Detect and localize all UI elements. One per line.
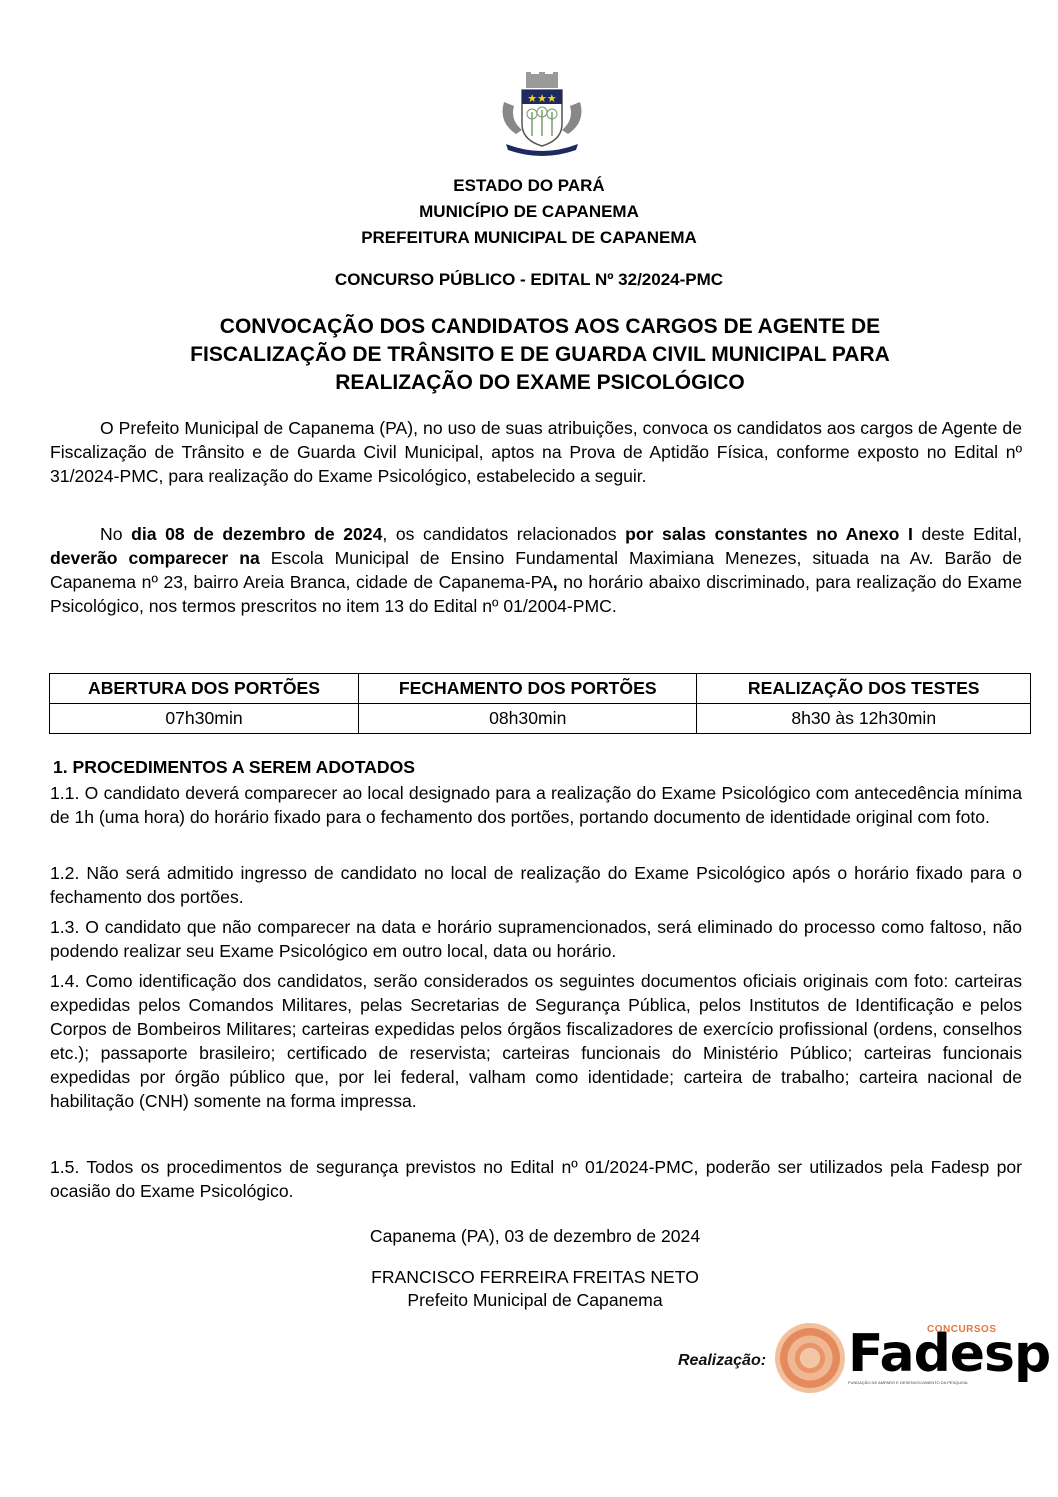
gates-open-time: 07h30min (50, 704, 359, 734)
place-date: Capanema (PA), 03 de dezembro de 2024 (0, 1225, 1058, 1247)
state-name: ESTADO DO PARÁ (0, 176, 1058, 196)
tests-time: 8h30 às 12h30min (697, 704, 1031, 734)
intro-text: O Prefeito Municipal de Capanema (PA), n… (50, 418, 1022, 486)
contest-edital: CONCURSO PÚBLICO - EDITAL Nº 32/2024-PMC (0, 270, 1058, 290)
table-header-row: ABERTURA DOS PORTÕES FECHAMENTO DOS PORT… (50, 674, 1031, 704)
svg-text:★★★: ★★★ (527, 93, 557, 105)
prefecture-name: PREFEITURA MUNICIPAL DE CAPANEMA (0, 228, 1058, 248)
procedures-heading: 1. PROCEDIMENTOS A SEREM ADOTADOS (53, 757, 415, 778)
fadesp-logo: Fadesp (848, 1328, 1050, 1380)
signatory-role: Prefeito Municipal de Capanema (0, 1289, 1058, 1311)
title-line: FISCALIZAÇÃO DE TRÂNSITO E DE GUARDA CIV… (100, 341, 980, 369)
text: , os candidatos relacionados (382, 524, 625, 544)
schedule-table: ABERTURA DOS PORTÕES FECHAMENTO DOS PORT… (49, 673, 1031, 734)
attendance-note: deverão comparecer na (50, 548, 260, 568)
exam-date: dia 08 de dezembro de 2024 (131, 524, 382, 544)
fadesp-tagline: CONCURSOS (927, 1324, 997, 1335)
municipality-name: MUNICÍPIO DE CAPANEMA (0, 202, 1058, 222)
fadesp-seal-icon (775, 1323, 845, 1393)
text: No (100, 524, 131, 544)
text: deste Edital, (913, 524, 1022, 544)
rooms-annex: por salas constantes no Anexo I (625, 524, 913, 544)
convocation-paragraph: No dia 08 de dezembro de 2024, os candid… (50, 522, 1022, 618)
realization-label: Realização: (678, 1352, 766, 1370)
procedure-item: 1.2. Não será admitido ingresso de candi… (50, 861, 1022, 909)
header-tests: REALIZAÇÃO DOS TESTES (697, 674, 1031, 704)
fadesp-subtitle: FUNDAÇÃO DE AMPARO E DESENVOLVIMENTO DA … (848, 1380, 1008, 1385)
procedure-item: 1.3. O candidato que não comparecer na d… (50, 915, 1022, 963)
table-row: 07h30min 08h30min 8h30 às 12h30min (50, 704, 1031, 734)
document-title: CONVOCAÇÃO DOS CANDIDATOS AOS CARGOS DE … (100, 313, 980, 397)
procedure-item: 1.4. Como identificação dos candidatos, … (50, 969, 1022, 1113)
title-line: REALIZAÇÃO DO EXAME PSICOLÓGICO (100, 369, 980, 397)
header-gates-close: FECHAMENTO DOS PORTÕES (359, 674, 697, 704)
signatory-name: FRANCISCO FERREIRA FREITAS NETO (0, 1266, 1058, 1288)
gates-close-time: 08h30min (359, 704, 697, 734)
header-gates-open: ABERTURA DOS PORTÕES (50, 674, 359, 704)
coat-of-arms-icon: ★★★ (496, 72, 588, 160)
intro-paragraph: O Prefeito Municipal de Capanema (PA), n… (50, 416, 1022, 488)
procedure-item: 1.1. O candidato deverá comparecer ao lo… (50, 781, 1022, 829)
title-line: CONVOCAÇÃO DOS CANDIDATOS AOS CARGOS DE … (100, 313, 980, 341)
procedure-item: 1.5. Todos os procedimentos de segurança… (50, 1155, 1022, 1203)
